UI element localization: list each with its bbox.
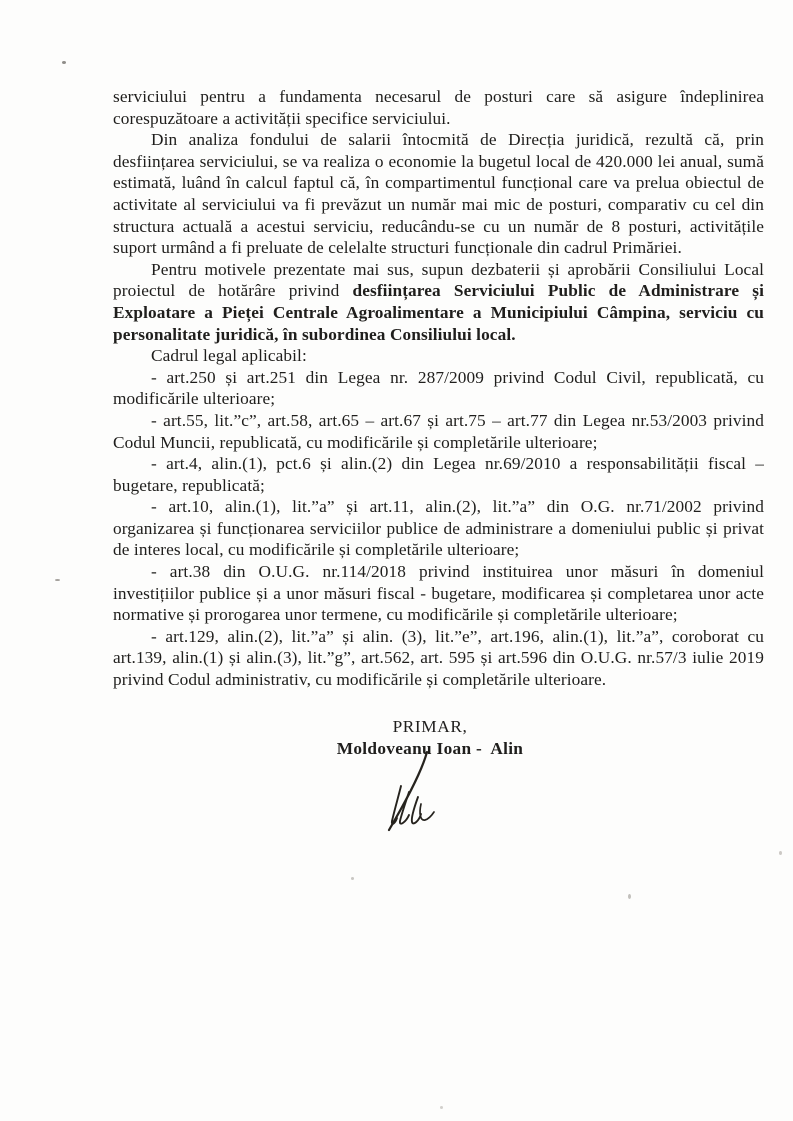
- scan-speck: [62, 61, 66, 64]
- legal-item-civil-code: - art.250 și art.251 din Legea nr. 287/2…: [113, 367, 764, 410]
- paragraph-continuation: serviciului pentru a fundamenta necesaru…: [113, 86, 764, 129]
- legal-item-oug-114-2018: - art.38 din O.U.G. nr.114/2018 privind …: [113, 561, 764, 626]
- scan-speck: [55, 579, 60, 581]
- legal-item-labor-code: - art.55, lit.”c”, art.58, art.65 – art.…: [113, 410, 764, 453]
- legal-item-fiscal-responsibility: - art.4, alin.(1), pct.6 și alin.(2) din…: [113, 453, 764, 496]
- legal-framework-heading: Cadrul legal aplicabil:: [113, 345, 764, 367]
- scan-speck: [440, 1106, 443, 1109]
- scan-speck: [628, 894, 631, 899]
- scan-speck: [779, 851, 782, 855]
- handwritten-signature: [376, 750, 438, 834]
- scanned-document-page: serviciului pentru a fundamenta necesaru…: [0, 0, 793, 1121]
- paragraph-proposal: Pentru motivele prezentate mai sus, supu…: [113, 259, 764, 345]
- scan-speck: [351, 877, 354, 880]
- signatory-title: PRIMAR,: [105, 716, 755, 738]
- paragraph-salary-analysis: Din analiza fondului de salarii întocmit…: [113, 129, 764, 259]
- document-body: serviciului pentru a fundamenta necesaru…: [113, 86, 764, 691]
- legal-item-public-services: - art.10, alin.(1), lit.”a” și art.11, a…: [113, 496, 764, 561]
- legal-item-administrative-code: - art.129, alin.(2), lit.”a” și alin. (3…: [113, 626, 764, 691]
